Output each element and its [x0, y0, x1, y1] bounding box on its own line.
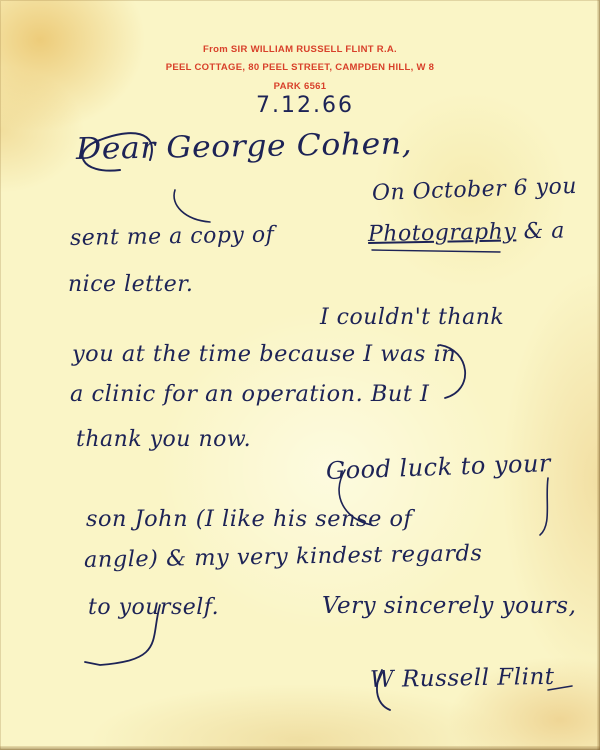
- letterhead-phone: PARK 6561: [0, 81, 600, 92]
- magazine-title: Photography: [368, 219, 517, 247]
- letter-line-10: angle) & my very kindest regards: [84, 541, 483, 573]
- letter-line-2: sent me a copy of: [70, 222, 275, 251]
- letterhead-address: PEEL COTTAGE, 80 PEEL STREET, CAMPDEN HI…: [0, 62, 600, 73]
- letter-line-2c: & a: [523, 219, 565, 245]
- letter-line-4: I couldn't thank: [320, 305, 504, 330]
- letter-line-7: thank you now.: [76, 427, 251, 452]
- letter-line-5: you at the time because I was in: [72, 342, 456, 367]
- letter-date: 7.12.66: [256, 93, 354, 118]
- letter-line-1: On October 6 you: [372, 174, 578, 206]
- letter-line-8: Good luck to your: [326, 449, 552, 485]
- signature: W Russell Flint: [370, 664, 555, 693]
- letter-line-2b: Photography & a: [368, 219, 565, 247]
- letter-line-3: nice letter.: [68, 272, 193, 297]
- letter-line-6: a clinic for an operation. But I: [70, 382, 429, 407]
- paper-edge-bottom: [0, 746, 600, 750]
- letterhead-sender: From SIR WILLIAM RUSSELL FLINT R.A.: [0, 44, 600, 55]
- letter-line-11: to yourself.: [88, 595, 219, 620]
- letter-salutation: Dear George Cohen,: [76, 126, 413, 167]
- letter-line-9: son John (I like his sense of: [86, 507, 412, 532]
- letter-closing: Very sincerely yours,: [322, 593, 576, 619]
- letter-page: From SIR WILLIAM RUSSELL FLINT R.A. PEEL…: [0, 0, 600, 750]
